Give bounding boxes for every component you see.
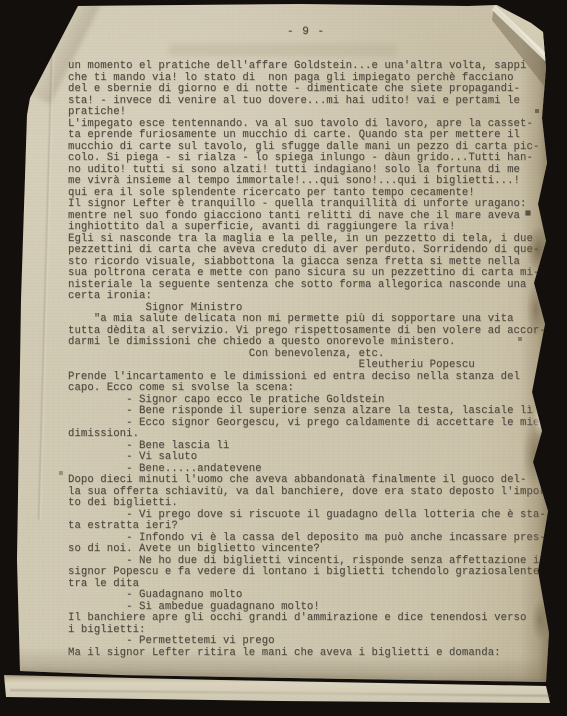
typewritten-text: un momento el pratiche dell'affare Golds… [68, 61, 552, 659]
scanned-typewritten-page: - 9 - un momento el pratiche dell'affare… [0, 0, 567, 716]
photo-background: - 9 - un momento el pratiche dell'affare… [0, 0, 567, 716]
torn-right-edge-shading [520, 0, 550, 716]
erased-text-smudge [168, 44, 398, 56]
page-number: - 9 - [287, 26, 325, 38]
scan-specks [0, 0, 2, 2]
